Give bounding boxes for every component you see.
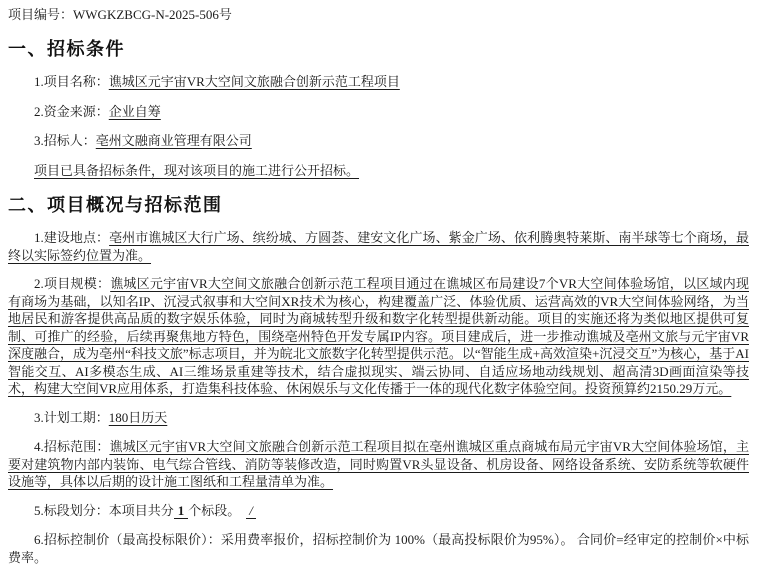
item-lot-division: 5.标段划分：本项目共分1个标段。/ xyxy=(8,502,749,520)
item-tenderee-value: 亳州文融商业管理有限公司 xyxy=(96,133,252,148)
item-project-scale-value: 谯城区元宇宙VR大空间文旅融合创新示范工程项目通过在谯城区布局建设7个VR大空间… xyxy=(8,276,749,396)
item-tenderee-label: 3.招标人： xyxy=(34,133,96,148)
item-lot-division-text-after: 个标段。 xyxy=(188,503,240,518)
item-project-scale: 2.项目规模：谯城区元宇宙VR大空间文旅融合创新示范工程项目通过在谯城区布局建设… xyxy=(8,275,749,398)
project-number-line: 项目编号：WWGKZBCG-N-2025-506号 xyxy=(8,6,749,23)
item-tender-scope-label: 4.招标范围： xyxy=(34,439,109,454)
tender-condition-note-text: 项目已具备招标条件，现对该项目的施工进行公开招标。 xyxy=(34,163,359,178)
project-number-label: 项目编号： xyxy=(8,7,73,22)
item-project-name: 1.项目名称：谯城区元宇宙VR大空间文旅融合创新示范工程项目 xyxy=(8,73,749,91)
item-funding-source-value: 企业自筹 xyxy=(109,104,161,119)
project-number-value: WWGKZBCG-N-2025-506号 xyxy=(73,7,232,22)
item-planned-duration: 3.计划工期：180日历天 xyxy=(8,409,749,427)
item-tenderee: 3.招标人：亳州文融商业管理有限公司 xyxy=(8,132,749,150)
tender-condition-note: 项目已具备招标条件，现对该项目的施工进行公开招标。 xyxy=(8,162,749,180)
item-funding-source: 2.资金来源：企业自筹 xyxy=(8,103,749,121)
lot-division-slash-mark: / xyxy=(246,503,256,519)
item-project-name-label: 1.项目名称： xyxy=(34,74,109,89)
section1-heading: 一、招标条件 xyxy=(8,37,749,61)
item-construction-site-value: 亳州市谯城区大行广场、缤纷城、方圆荟、建安文化广场、紫金广场、依利腾奥特莱斯、南… xyxy=(8,230,749,263)
item-control-price-label: 6.招标控制价（最高投标限价）： xyxy=(34,532,221,547)
item-project-scale-label: 2.项目规模： xyxy=(34,276,110,291)
item-tender-scope-value: 谯城区元宇宙VR大空间文旅融合创新示范工程项目拟在亳州谯城区重点商城布局元宇宙V… xyxy=(8,439,749,489)
lot-count-value: 1 xyxy=(174,503,189,519)
item-planned-duration-value: 180日历天 xyxy=(109,410,168,425)
item-tender-scope: 4.招标范围：谯城区元宇宙VR大空间文旅融合创新示范工程项目拟在亳州谯城区重点商… xyxy=(8,438,749,491)
item-lot-division-text-before: 本项目共分 xyxy=(109,503,174,518)
item-lot-division-label: 5.标段划分： xyxy=(34,503,109,518)
item-construction-site: 1.建设地点：亳州市谯城区大行广场、缤纷城、方圆荟、建安文化广场、紫金广场、依利… xyxy=(8,229,749,264)
tender-document: 项目编号：WWGKZBCG-N-2025-506号 一、招标条件 1.项目名称：… xyxy=(0,0,758,566)
item-funding-source-label: 2.资金来源： xyxy=(34,104,109,119)
item-construction-site-label: 1.建设地点： xyxy=(34,230,109,245)
item-project-name-value: 谯城区元宇宙VR大空间文旅融合创新示范工程项目 xyxy=(109,74,400,89)
item-planned-duration-label: 3.计划工期： xyxy=(34,410,109,425)
item-control-price: 6.招标控制价（最高投标限价）：采用费率报价，招标控制价为 100%（最高投标限… xyxy=(8,531,749,566)
section2-heading: 二、项目概况与招标范围 xyxy=(8,193,749,217)
